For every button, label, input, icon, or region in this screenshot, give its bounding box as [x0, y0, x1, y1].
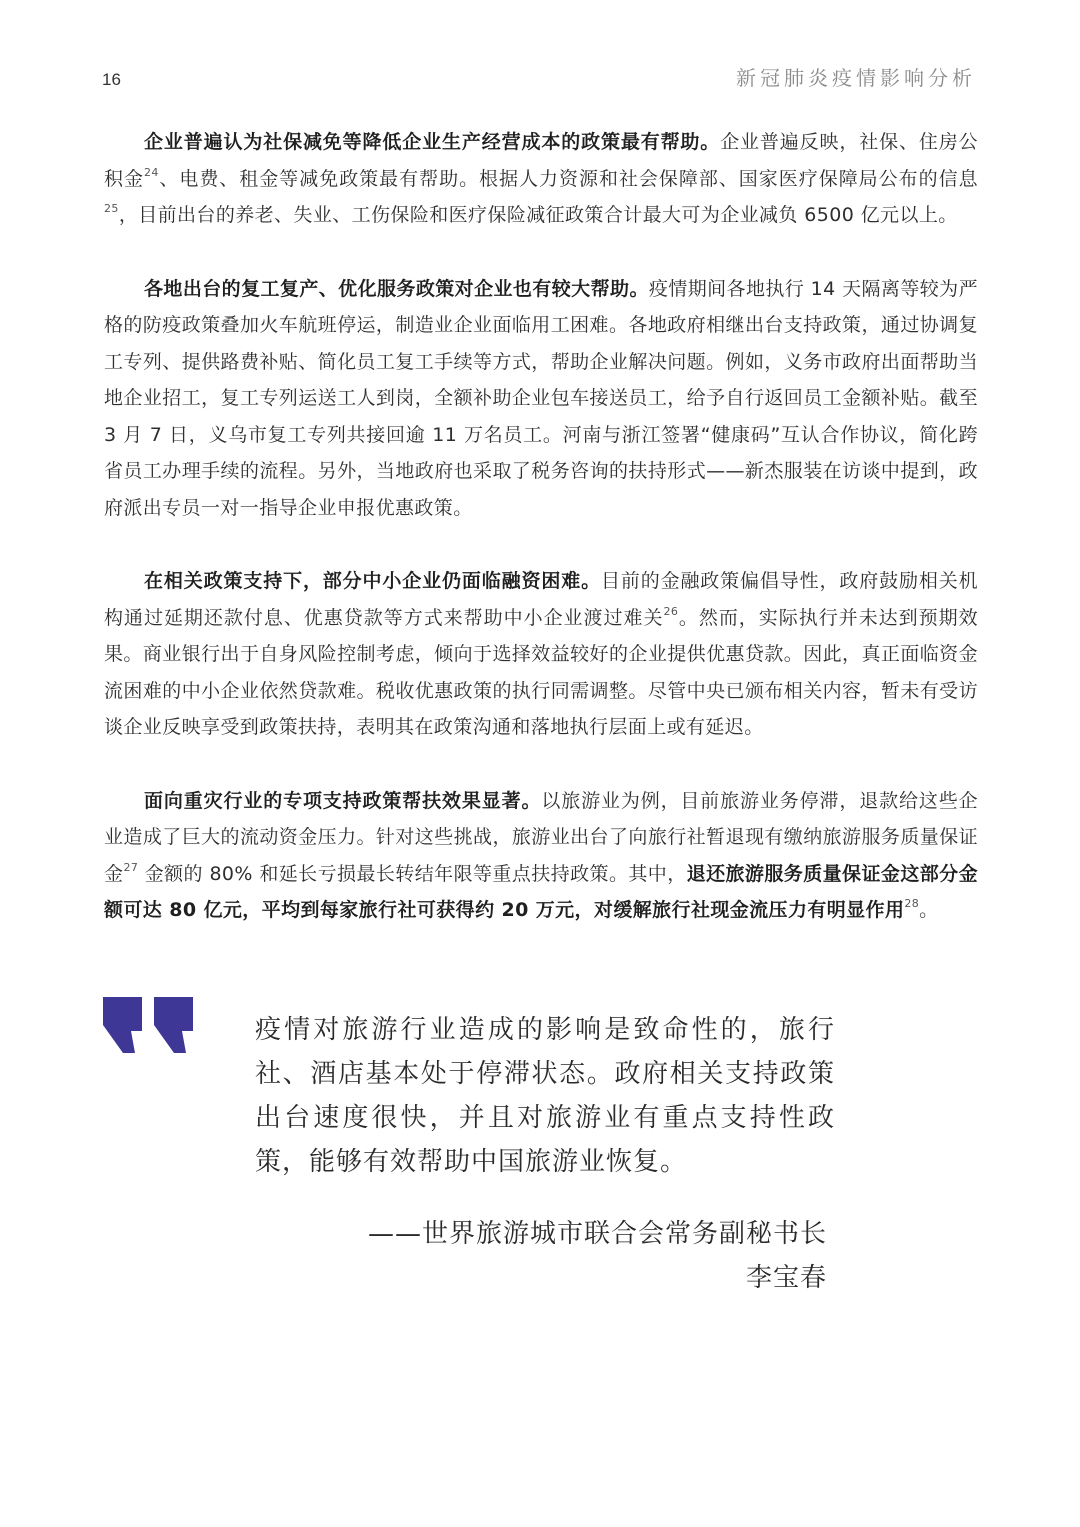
- paragraph-text: 疫情期间各地执行 14 天隔离等较为严格的防疫政策叠加火车航班停运，制造业企业面…: [104, 278, 978, 519]
- body-text: 企业普遍认为社保减免等降低企业生产经营成本的政策最有帮助。企业普遍反映，社保、住…: [104, 124, 978, 966]
- attribution-title: ——世界旅游城市联合会常务副秘书长: [368, 1212, 827, 1256]
- footnote-ref: 28: [904, 897, 919, 910]
- paragraph-text: ，目前出台的养老、失业、工伤保险和医疗保险减征政策合计最大可为企业减负 6500…: [119, 204, 958, 226]
- paragraph-text: 、电费、租金等减免政策最有帮助。根据人力资源和社会保障部、国家医疗保障局公布的信…: [159, 168, 978, 190]
- footnote-ref: 27: [123, 861, 138, 874]
- paragraph-lead: 面向重灾行业的专项支持政策帮扶效果显著。: [144, 790, 541, 812]
- running-title: 新冠肺炎疫情影响分析: [736, 62, 976, 91]
- paragraph-social-security: 企业普遍认为社保减免等降低企业生产经营成本的政策最有帮助。企业普遍反映，社保、住…: [104, 124, 978, 234]
- attribution-name: 李宝春: [368, 1256, 827, 1300]
- paragraph-text: 。: [919, 899, 938, 921]
- paragraph-text: 金额的 80% 和延长亏损最长转结年限等重点扶持政策。其中，: [138, 863, 686, 885]
- quote-body: 疫情对旅游行业造成的影响是致命性的，旅行社、酒店基本处于停滞状态。政府相关支持政…: [255, 1008, 835, 1184]
- paragraph-resumption: 各地出台的复工复产、优化服务政策对企业也有较大帮助。疫情期间各地执行 14 天隔…: [104, 271, 978, 527]
- quote-attribution: ——世界旅游城市联合会常务副秘书长 李宝春: [368, 1212, 827, 1300]
- footnote-ref: 24: [144, 166, 159, 179]
- paragraph-lead: 企业普遍认为社保减免等降低企业生产经营成本的政策最有帮助。: [144, 131, 720, 153]
- footnote-ref: 26: [663, 605, 678, 618]
- paragraph-lead: 在相关政策支持下，部分中小企业仍面临融资困难。: [144, 570, 601, 592]
- paragraph-tourism: 面向重灾行业的专项支持政策帮扶效果显著。以旅游业为例，目前旅游业务停滞，退款给这…: [104, 783, 978, 929]
- paragraph-financing: 在相关政策支持下，部分中小企业仍面临融资困难。目前的金融政策偏倡导性，政府鼓励相…: [104, 563, 978, 746]
- paragraph-lead: 各地出台的复工复产、优化服务政策对企业也有较大帮助。: [144, 278, 649, 300]
- footnote-ref: 25: [104, 202, 119, 215]
- page-number: 16: [102, 70, 121, 90]
- quote-mark-icon: [103, 997, 195, 1055]
